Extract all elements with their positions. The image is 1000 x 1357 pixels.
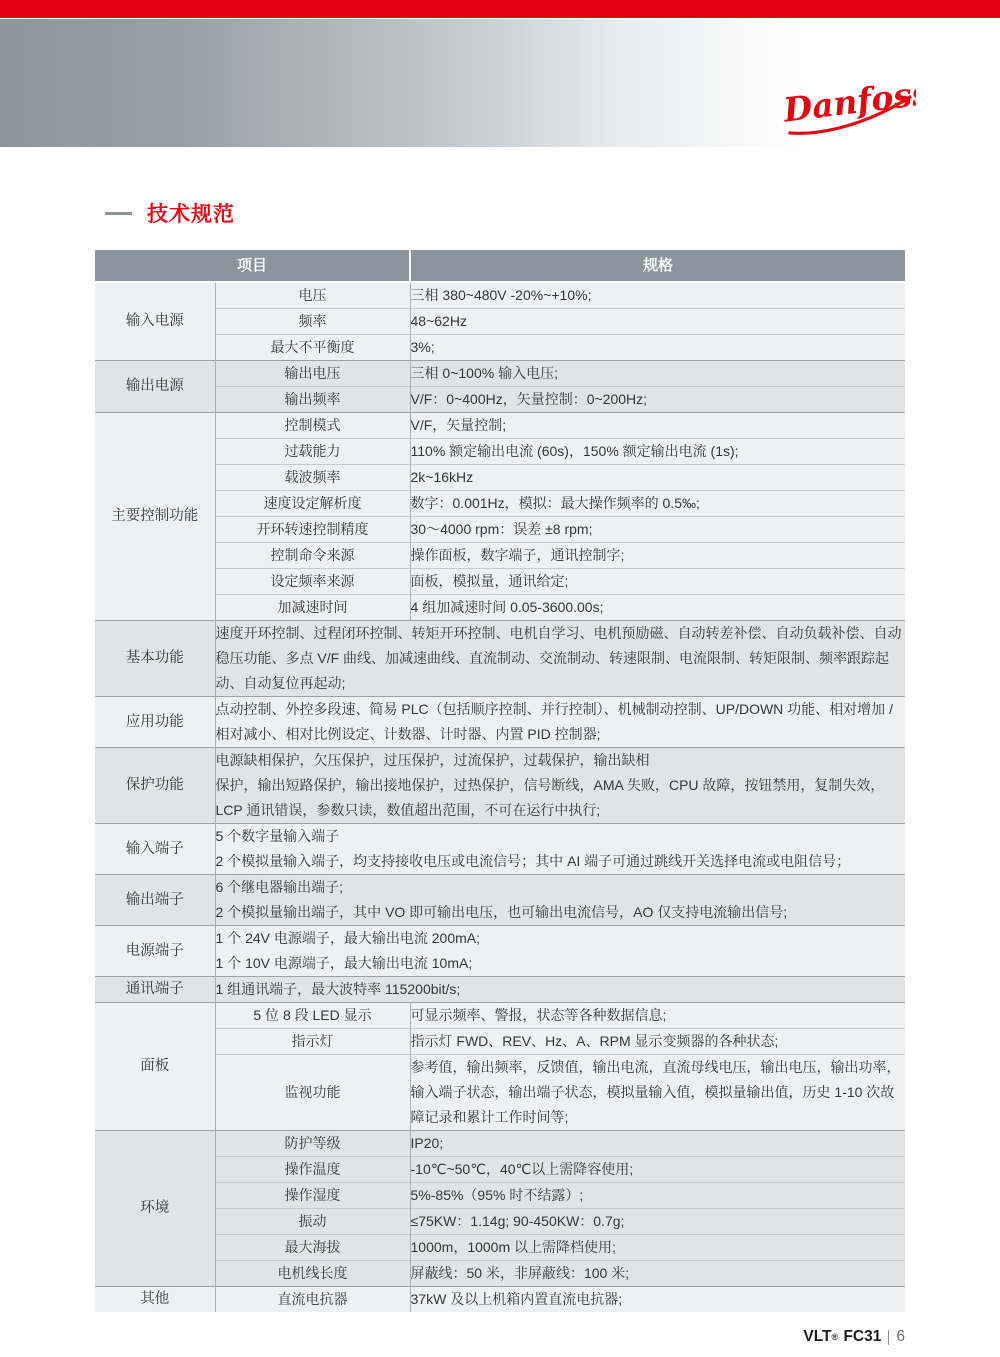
title-dash — [105, 212, 132, 215]
group-label-cell: 输出电源 — [95, 361, 215, 413]
spec-cell: 数字：0.001Hz，模拟：最大操作频率的 0.5‰; — [410, 491, 905, 517]
table-row: 输入端子5 个数字量输入端子2 个模拟量输入端子，均支持接收电压或电流信号；其中… — [95, 824, 905, 875]
spec-line: 1 个 24V 电源端子，最大输出电流 200mA; — [216, 926, 906, 951]
table-row: 指示灯指示灯 FWD、REV、Hz、A、RPM 显示变频器的各种状态; — [95, 1029, 905, 1055]
table-row: 最大不平衡度3%; — [95, 335, 905, 361]
table-row: 基本功能速度开环控制、过程闭环控制、转矩开环控制、电机自学习、电机预励磁、自动转… — [95, 621, 905, 697]
item-cell: 电压 — [215, 282, 410, 309]
spec-table: 项目 规格 输入电源电压三相 380~480V -20%~+10%;频率48~6… — [95, 250, 905, 1312]
item-cell: 5 位 8 段 LED 显示 — [215, 1003, 410, 1029]
danfoss-logo: Danfoss — [780, 75, 916, 141]
item-cell: 设定频率来源 — [215, 569, 410, 595]
group-label-cell: 主要控制功能 — [95, 413, 215, 621]
spec-line: 2 个模拟量输出端子，其中 VO 即可输出电压，也可输出电流信号，AO 仅支持电… — [216, 900, 906, 925]
item-cell: 操作湿度 — [215, 1183, 410, 1209]
spec-cell: 参考值，输出频率，反馈值，输出电流，直流母线电压，输出电压，输出功率，输入端子状… — [410, 1055, 905, 1131]
spec-line: 2 个模拟量输入端子，均支持接收电压或电流信号；其中 AI 端子可通过跳线开关选… — [216, 849, 906, 874]
table-row: 输出电源输出电压三相 0~100% 输入电压; — [95, 361, 905, 387]
spec-cell: V/F：0~400Hz，矢量控制：0~200Hz; — [410, 387, 905, 413]
spec-cell: 屏蔽线：50 米，非屏蔽线：100 米; — [410, 1261, 905, 1287]
item-cell: 输出频率 — [215, 387, 410, 413]
spec-cell: 3%; — [410, 335, 905, 361]
page-title: 技术规范 — [147, 198, 235, 228]
page: { "page": { "title": "技术规范", "logo_text"… — [0, 0, 1000, 1357]
spec-cell: 5 个数字量输入端子2 个模拟量输入端子，均支持接收电压或电流信号；其中 AI … — [215, 824, 905, 875]
spec-cell: 1 个 24V 电源端子，最大输出电流 200mA;1 个 10V 电源端子，最… — [215, 926, 905, 977]
spec-cell: 三相 0~100% 输入电压; — [410, 361, 905, 387]
item-cell: 监视功能 — [215, 1055, 410, 1131]
item-cell: 频率 — [215, 309, 410, 335]
table-row: 主要控制功能控制模式V/F，矢量控制; — [95, 413, 905, 439]
table-row: 操作温度-10℃~50℃，40℃以上需降容使用; — [95, 1157, 905, 1183]
spec-cell: 电源缺相保护，欠压保护，过压保护，过流保护，过载保护，输出缺相保护，输出短路保护… — [215, 748, 905, 824]
item-cell: 开环转速控制精度 — [215, 517, 410, 543]
item-cell: 指示灯 — [215, 1029, 410, 1055]
table-row: 输出端子6 个继电器输出端子;2 个模拟量输出端子，其中 VO 即可输出电压，也… — [95, 875, 905, 926]
table-row: 频率48~62Hz — [95, 309, 905, 335]
group-label-cell: 其他 — [95, 1287, 215, 1313]
spec-line: 点动控制、外控多段速、简易 PLC（包括顺序控制、并行控制）、机械制动控制、UP… — [216, 697, 906, 747]
footer-brand: VLT — [803, 1328, 831, 1346]
table-row: 通讯端子1 组通讯端子，最大波特率 115200bit/s; — [95, 977, 905, 1003]
group-label-cell: 环境 — [95, 1131, 215, 1287]
item-cell: 输出电压 — [215, 361, 410, 387]
spec-cell: 三相 380~480V -20%~+10%; — [410, 282, 905, 309]
group-label-cell: 电源端子 — [95, 926, 215, 977]
table-row: 保护功能电源缺相保护，欠压保护，过压保护，过流保护，过载保护，输出缺相保护，输出… — [95, 748, 905, 824]
item-cell: 最大不平衡度 — [215, 335, 410, 361]
spec-line: 1 个 10V 电源端子，最大输出电流 10mA; — [216, 951, 906, 976]
spec-cell: 操作面板，数字端子，通讯控制字; — [410, 543, 905, 569]
table-row: 设定频率来源面板，模拟量，通讯给定; — [95, 569, 905, 595]
footer-page-number: 6 — [896, 1328, 905, 1346]
spec-cell: -10℃~50℃，40℃以上需降容使用; — [410, 1157, 905, 1183]
spec-cell: 30～4000 rpm：误差 ±8 rpm; — [410, 517, 905, 543]
spec-cell: 面板，模拟量，通讯给定; — [410, 569, 905, 595]
table-header-row: 项目 规格 — [95, 250, 905, 282]
spec-cell: 4 组加减速时间 0.05-3600.00s; — [410, 595, 905, 621]
section-title-row: 技术规范 — [105, 198, 235, 228]
table-row: 速度设定解析度数字：0.001Hz，模拟：最大操作频率的 0.5‰; — [95, 491, 905, 517]
spec-cell: 110% 额定输出电流 (60s)，150% 额定输出电流 (1s); — [410, 439, 905, 465]
item-cell: 防护等级 — [215, 1131, 410, 1157]
top-red-bar — [0, 0, 1000, 18]
table-row: 最大海拔1000m，1000m 以上需降档使用; — [95, 1235, 905, 1261]
group-label-cell: 输入端子 — [95, 824, 215, 875]
item-cell: 电机线长度 — [215, 1261, 410, 1287]
item-cell: 控制命令来源 — [215, 543, 410, 569]
footer-reg-mark: ® — [832, 1332, 839, 1342]
item-cell: 载波频率 — [215, 465, 410, 491]
spec-cell: V/F，矢量控制; — [410, 413, 905, 439]
table-row: 开环转速控制精度30～4000 rpm：误差 ±8 rpm; — [95, 517, 905, 543]
spec-line: 5 个数字量输入端子 — [216, 824, 906, 849]
spec-cell: 37kW 及以上机箱内置直流电抗器; — [410, 1287, 905, 1313]
group-label-cell: 保护功能 — [95, 748, 215, 824]
group-label-cell: 通讯端子 — [95, 977, 215, 1003]
table-row: 控制命令来源操作面板，数字端子，通讯控制字; — [95, 543, 905, 569]
table-row: 面板5 位 8 段 LED 显示可显示频率、警报，状态等各种数据信息; — [95, 1003, 905, 1029]
item-cell: 加减速时间 — [215, 595, 410, 621]
item-cell: 过载能力 — [215, 439, 410, 465]
col-header-item: 项目 — [95, 250, 410, 282]
item-cell: 最大海拔 — [215, 1235, 410, 1261]
spec-line: 速度开环控制、过程闭环控制、转矩开环控制、电机自学习、电机预励磁、自动转差补偿、… — [216, 621, 906, 696]
spec-cell: IP20; — [410, 1131, 905, 1157]
spec-cell: 点动控制、外控多段速、简易 PLC（包括顺序控制、并行控制）、机械制动控制、UP… — [215, 697, 905, 748]
table-row: 监视功能参考值，输出频率，反馈值，输出电流，直流母线电压，输出电压，输出功率，输… — [95, 1055, 905, 1131]
col-header-spec: 规格 — [410, 250, 905, 282]
item-cell: 直流电抗器 — [215, 1287, 410, 1313]
spec-cell: 2k~16kHz — [410, 465, 905, 491]
banner-gradient: Danfoss — [0, 19, 1000, 147]
spec-cell: 可显示频率、警报，状态等各种数据信息; — [410, 1003, 905, 1029]
table-row: 输出频率V/F：0~400Hz，矢量控制：0~200Hz; — [95, 387, 905, 413]
item-cell: 速度设定解析度 — [215, 491, 410, 517]
table-row: 过载能力110% 额定输出电流 (60s)，150% 额定输出电流 (1s); — [95, 439, 905, 465]
table-row: 载波频率2k~16kHz — [95, 465, 905, 491]
spec-cell: 6 个继电器输出端子;2 个模拟量输出端子，其中 VO 即可输出电压，也可输出电… — [215, 875, 905, 926]
footer-model: FC31 — [843, 1328, 881, 1346]
table-row: 应用功能点动控制、外控多段速、简易 PLC（包括顺序控制、并行控制）、机械制动控… — [95, 697, 905, 748]
item-cell: 控制模式 — [215, 413, 410, 439]
spec-cell: 5%-85%（95% 时不结露）; — [410, 1183, 905, 1209]
spec-cell: 速度开环控制、过程闭环控制、转矩开环控制、电机自学习、电机预励磁、自动转差补偿、… — [215, 621, 905, 697]
spec-line: 保护，输出短路保护，输出接地保护，过热保护，信号断线，AMA 失败，CPU 故障… — [216, 773, 906, 823]
spec-cell: 48~62Hz — [410, 309, 905, 335]
table-row: 输入电源电压三相 380~480V -20%~+10%; — [95, 282, 905, 309]
spec-line: 电源缺相保护，欠压保护，过压保护，过流保护，过载保护，输出缺相 — [216, 748, 906, 773]
item-cell: 振动 — [215, 1209, 410, 1235]
table-row: 操作湿度5%-85%（95% 时不结露）; — [95, 1183, 905, 1209]
spec-line: 6 个继电器输出端子; — [216, 875, 906, 900]
footer-separator — [888, 1330, 889, 1345]
group-label-cell: 输入电源 — [95, 282, 215, 361]
table-row: 环境防护等级IP20; — [95, 1131, 905, 1157]
table-row: 其他直流电抗器37kW 及以上机箱内置直流电抗器; — [95, 1287, 905, 1313]
group-label-cell: 面板 — [95, 1003, 215, 1131]
group-label-cell: 基本功能 — [95, 621, 215, 697]
table-row: 电源端子1 个 24V 电源端子，最大输出电流 200mA;1 个 10V 电源… — [95, 926, 905, 977]
table-row: 振动≤75KW：1.14g; 90-450KW：0.7g; — [95, 1209, 905, 1235]
page-footer: VLT® FC31 6 — [803, 1328, 905, 1346]
spec-cell: 指示灯 FWD、REV、Hz、A、RPM 显示变频器的各种状态; — [410, 1029, 905, 1055]
table-row: 加减速时间4 组加减速时间 0.05-3600.00s; — [95, 595, 905, 621]
spec-cell: 1000m，1000m 以上需降档使用; — [410, 1235, 905, 1261]
danfoss-logo-text: Danfoss — [780, 75, 916, 130]
table-row: 电机线长度屏蔽线：50 米，非屏蔽线：100 米; — [95, 1261, 905, 1287]
spec-line: 1 组通讯端子，最大波特率 115200bit/s; — [216, 977, 906, 1002]
group-label-cell: 应用功能 — [95, 697, 215, 748]
spec-cell: 1 组通讯端子，最大波特率 115200bit/s; — [215, 977, 905, 1003]
item-cell: 操作温度 — [215, 1157, 410, 1183]
spec-cell: ≤75KW：1.14g; 90-450KW：0.7g; — [410, 1209, 905, 1235]
group-label-cell: 输出端子 — [95, 875, 215, 926]
